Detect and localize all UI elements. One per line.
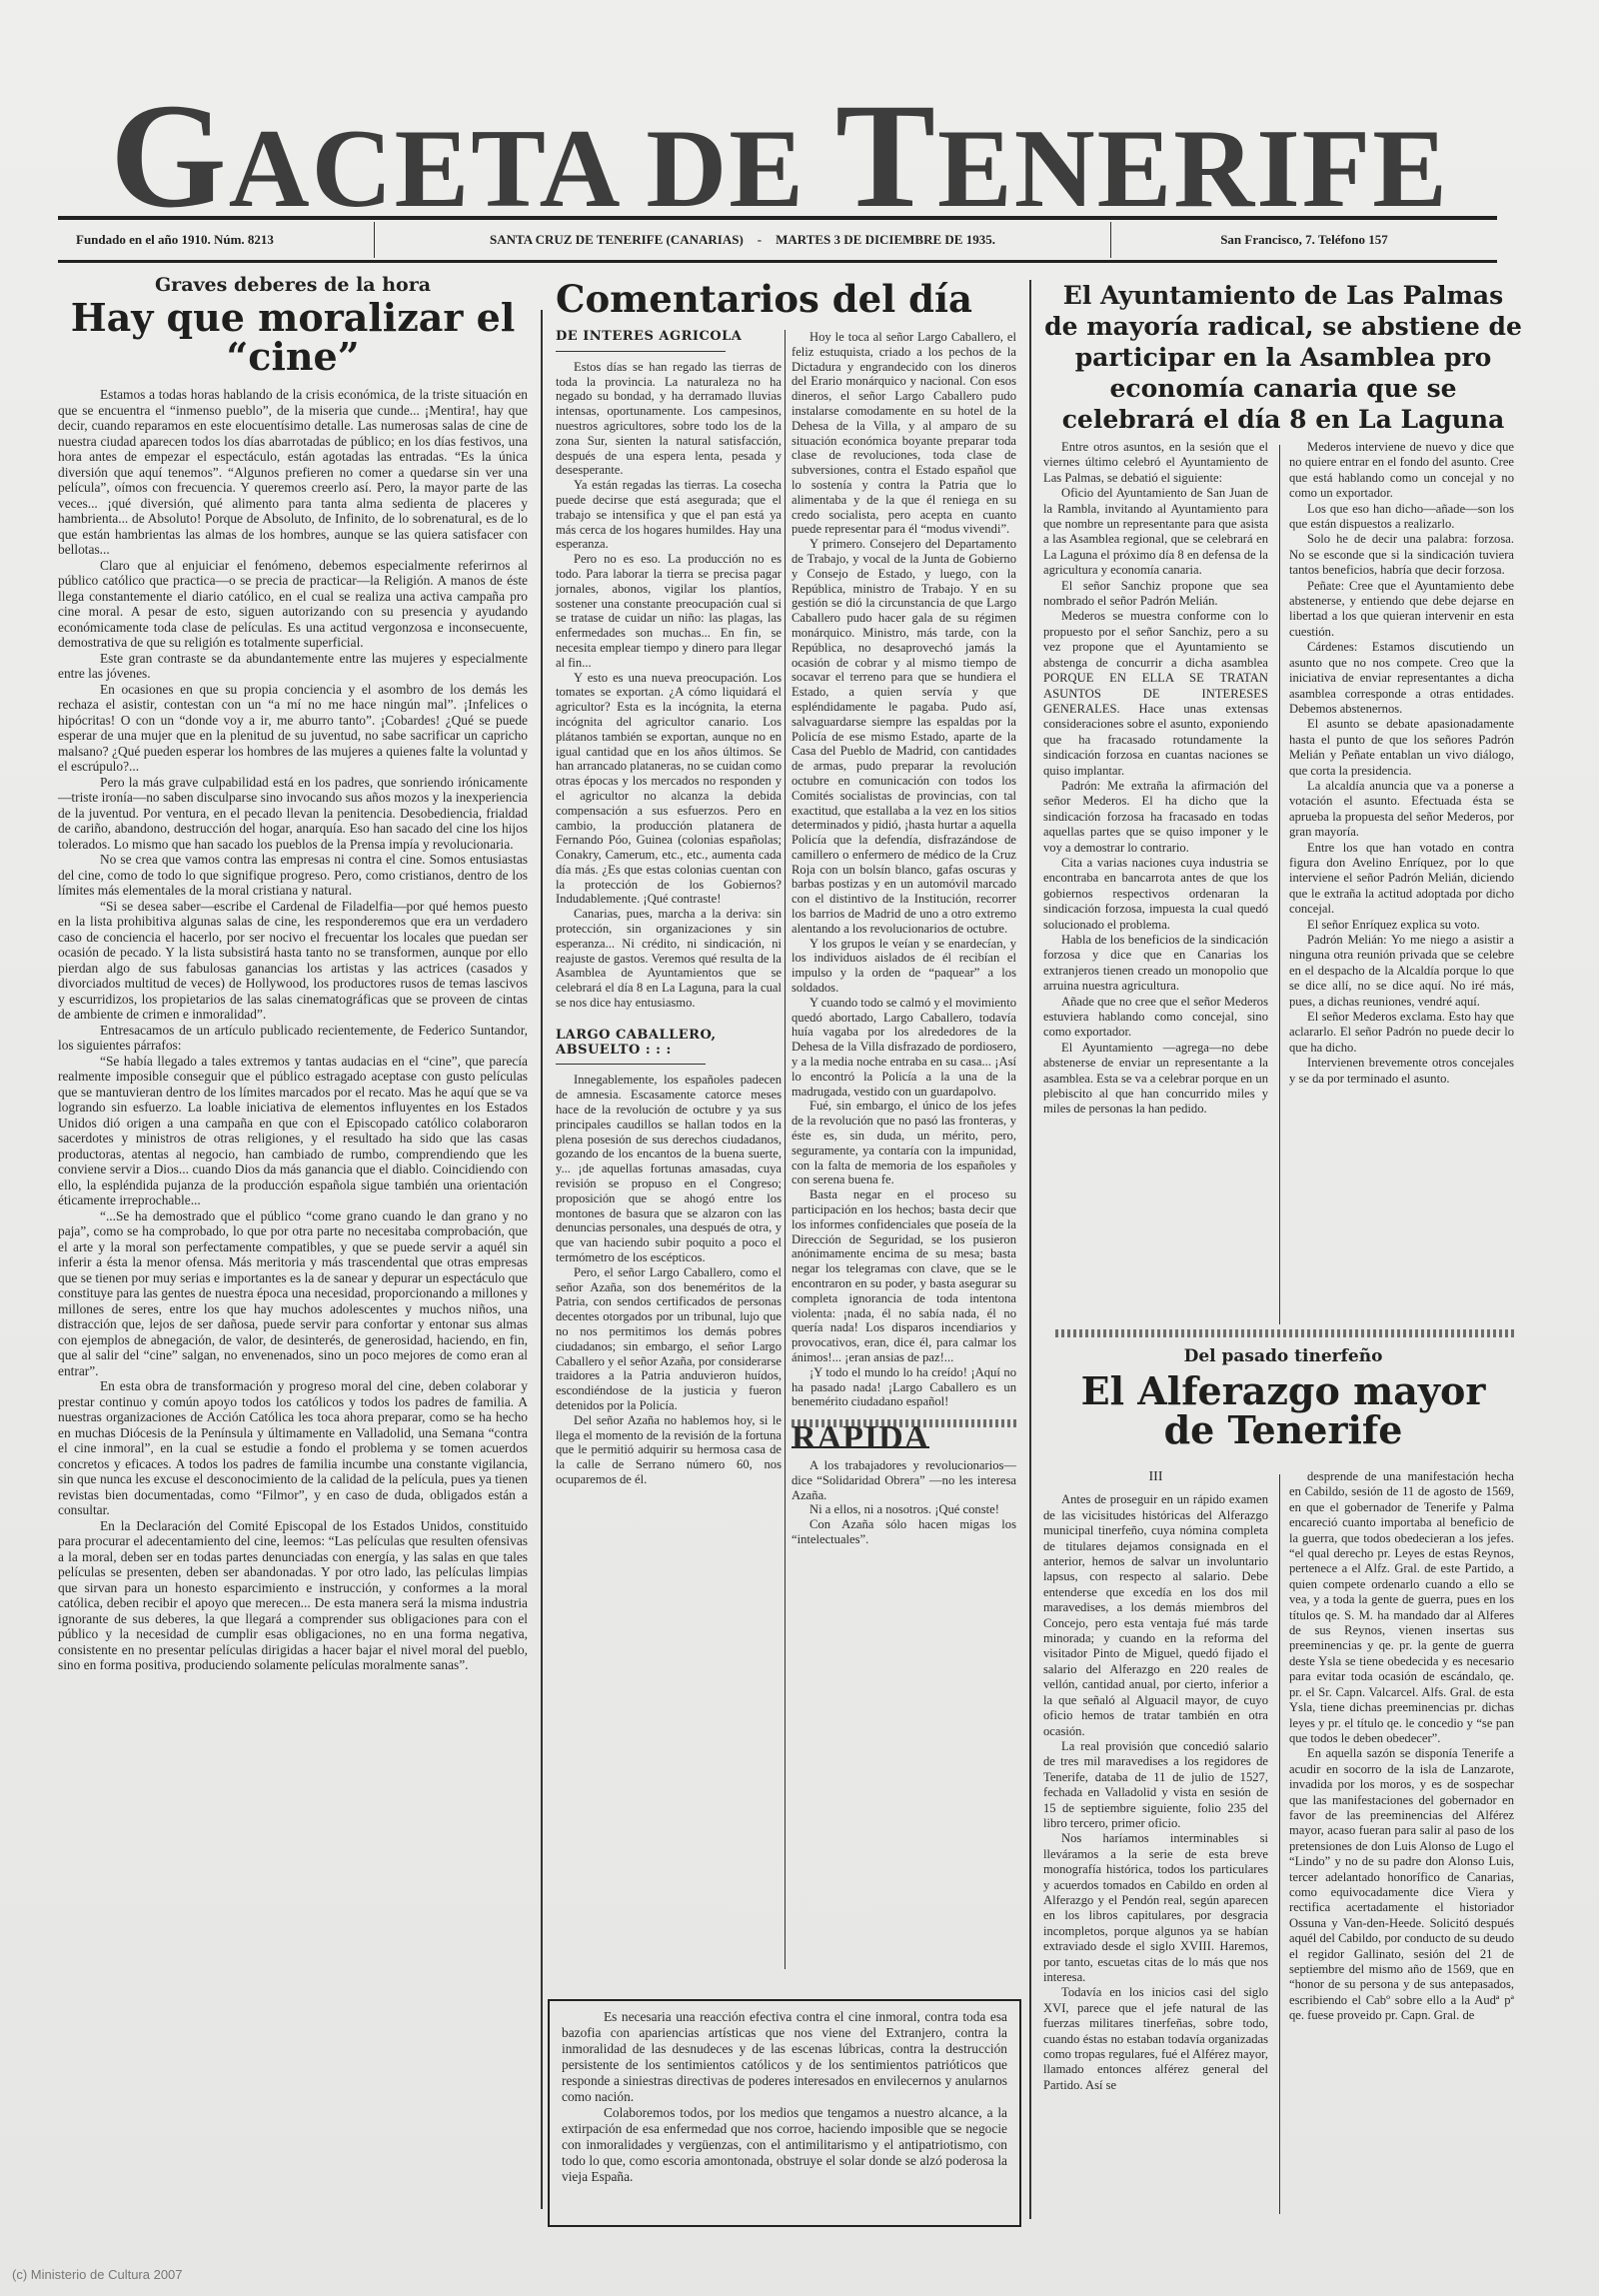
paragraph: Canarias, pues, marcha a la deriva: sin … (556, 907, 782, 1011)
paragraph: A los trabajadores y revolucionarios—dic… (792, 1458, 1016, 1502)
paragraph: Cita a varias naciones cuya industria se… (1043, 856, 1268, 933)
place: SANTA CRUZ DE TENERIFE (CANARIAS) (490, 232, 744, 248)
caballero-body-b: Hoy le toca al señor Largo Caballero, el… (792, 330, 1016, 1409)
paragraph: Estamos a todas horas hablando de la cri… (58, 387, 528, 558)
paragraph: En ocasiones en que su propia conciencia… (58, 682, 528, 775)
paragraph: “Se había llegado a tales extremos y tan… (58, 1054, 528, 1208)
comentarios-headline: Comentarios del día (556, 280, 1015, 319)
paragraph: Peñate: Cree que el Ayuntamiento debe ab… (1289, 579, 1514, 641)
paragraph: Todavía en los inicios casi del siglo XV… (1043, 1985, 1268, 2093)
comentarios-col-b: Hoy le toca al señor Largo Caballero, el… (792, 330, 1016, 1547)
paragraph: Pero, el señor Largo Caballero, como el … (556, 1265, 782, 1413)
masthead-initial-g: G (110, 73, 229, 239)
column-divider-3 (1029, 280, 1031, 2219)
founded-info: Fundado en el año 1910. Núm. 8213 (58, 222, 375, 258)
paragraph: desprende de una manifestación hecha en … (1289, 1469, 1514, 1746)
paragraph: Padrón Melián: Yo me niego a asistir a n… (1289, 933, 1514, 1010)
paragraph: Antes de proseguir en un rápido examen d… (1043, 1492, 1268, 1739)
part-number: III (1043, 1469, 1268, 1484)
ornamental-rule-2 (1055, 1329, 1515, 1337)
paragraph: Y primero. Consejero del Departamento de… (792, 537, 1016, 937)
article-alferazgo: Del pasado tinerfeño El Alferazgo mayor … (1043, 1349, 1523, 1450)
paragraph: Y los grupos le veían y se enardecían, y… (792, 937, 1016, 996)
paragraph: Es necesaria una reacción efectiva contr… (562, 2009, 1007, 2105)
caballero-subhead-2: ABSUELTO : : : (556, 1044, 782, 1059)
paragraph: No se crea que vamos contra las empresas… (58, 852, 528, 899)
boxed-note: Es necesaria una reacción efectiva contr… (548, 1999, 1021, 2227)
paragraph: En aquella sazón se disponía Tenerife a … (1289, 1746, 1514, 2023)
article-cine-body: Estamos a todas horas hablando de la cri… (58, 387, 528, 1673)
rapida-body: A los trabajadores y revolucionarios—dic… (792, 1458, 1016, 1547)
paragraph: Y cuando todo se calmó y el movimiento q… (792, 996, 1016, 1100)
column-divider-lp (1279, 445, 1280, 1324)
paragraph: Mederos se muestra conforme con lo propu… (1043, 609, 1268, 778)
paragraph: Oficio del Ayuntamiento de San Juan de l… (1043, 486, 1268, 578)
masthead-infobar: Fundado en el año 1910. Núm. 8213 SANTA … (58, 222, 1497, 258)
subhead-rule (556, 351, 726, 352)
comentarios-section: Comentarios del día (556, 280, 1015, 325)
rapida-title: RAPIDA (792, 1431, 929, 1448)
laspalmas-col-1: Entre otros asuntos, en la sesión que el… (1043, 440, 1268, 1118)
paragraph: Fué, sin embargo, el único de los jefes … (792, 1099, 1016, 1187)
paragraph: Colaboremos todos, por los medios que te… (562, 2105, 1007, 2185)
alferazgo-col-1-body: Antes de proseguir en un rápido examen d… (1043, 1492, 1268, 2093)
article-cine-kicker: Graves deberes de la hora (58, 278, 528, 294)
paragraph: Añade que no cree que el señor Mederos e… (1043, 995, 1268, 1041)
subhead-rule-2 (556, 1064, 706, 1065)
caballero-subhead-1: LARGO CABALLERO, (556, 1029, 782, 1044)
agricola-body: Estos días se han regado las tierras de … (556, 360, 782, 1011)
copyright-credit: (c) Ministerio de Cultura 2007 (12, 2267, 183, 2282)
boxed-note-body: Es necesaria una reacción efectiva contr… (562, 2009, 1007, 2185)
paragraph: Estos días se han regado las tierras de … (556, 360, 782, 478)
paragraph: El asunto se debate apasionadamente hast… (1289, 717, 1514, 779)
paragraph: Entresacamos de un artículo publicado re… (58, 1023, 528, 1054)
paragraph: Con Azaña sólo hacen migas los “intelect… (792, 1517, 1016, 1547)
paragraph: Ya están regadas las tierras. La cosecha… (556, 478, 782, 552)
paragraph: Pero no es eso. La producción no es todo… (556, 552, 782, 670)
article-laspalmas: El Ayuntamiento de Las Palmas de mayoría… (1043, 280, 1523, 435)
paragraph: Padrón: Me extraña la afirmación del señ… (1043, 779, 1268, 856)
laspalmas-headline: El Ayuntamiento de Las Palmas de mayoría… (1043, 280, 1523, 435)
article-cine-headline: Hay que moralizar el “cine” (58, 298, 528, 378)
masthead-rule-top (58, 216, 1497, 220)
paragraph: Innegablemente, los españoles padecen de… (556, 1073, 782, 1264)
paragraph: El señor Sanchiz propone que sea nombrad… (1043, 579, 1268, 610)
paragraph: Entre los que han votado en contra figur… (1289, 841, 1514, 918)
paragraph: Basta negar en el proceso su participaci… (792, 1187, 1016, 1365)
masthead-text-2: ENERIFE (937, 107, 1449, 231)
laspalmas-col-2: Mederos interviene de nuevo y dice que n… (1289, 440, 1514, 1087)
paragraph: Claro que al enjuiciar el fenómeno, debe… (58, 558, 528, 651)
paragraph: Hoy le toca al señor Largo Caballero, el… (792, 330, 1016, 537)
column-divider-alf (1279, 1474, 1280, 2214)
article-cine: Graves deberes de la hora Hay que morali… (58, 278, 528, 1673)
masthead-initial-t: T (835, 73, 937, 239)
paragraph: “Si se desea saber—escribe el Cardenal d… (58, 899, 528, 1023)
paragraph: Ni a ellos, ni a nosotros. ¡Qué conste! (792, 1502, 1016, 1517)
ornamental-rule (792, 1419, 1016, 1427)
paragraph: Este gran contraste se da abundantemente… (58, 651, 528, 682)
alferazgo-col-2: desprende de una manifestación hecha en … (1289, 1469, 1514, 2024)
column-divider-1 (541, 310, 543, 2209)
agricola-subhead: DE INTERES AGRICOLA (556, 330, 782, 345)
newspaper-page: GACETA DE TENERIFE Fundado en el año 191… (0, 0, 1599, 2296)
paragraph: En esta obra de transformación y progres… (58, 1378, 528, 1518)
paragraph: Del señor Azaña no hablemos hoy, si le l… (556, 1413, 782, 1487)
paragraph: Nos haríamos interminables si lleváramos… (1043, 1831, 1268, 1985)
paragraph: Pero la más grave culpabilidad está en l… (58, 775, 528, 853)
paragraph: Solo he de decir una palabra: forzosa. N… (1289, 532, 1514, 578)
place-date-info: SANTA CRUZ DE TENERIFE (CANARIAS) - MART… (375, 222, 1111, 258)
column-divider-2a (785, 330, 786, 1969)
paragraph: “...Se ha demostrado que el público “com… (58, 1208, 528, 1379)
alferazgo-kicker: Del pasado tinerfeño (1043, 1349, 1523, 1365)
caballero-body-a: Innegablemente, los españoles padecen de… (556, 1073, 782, 1486)
paragraph: La real provisión que concedió salario d… (1043, 1739, 1268, 1831)
separator: - (758, 232, 762, 248)
paragraph: ¡Y todo el mundo lo ha creído! ¡Aquí no … (792, 1365, 1016, 1409)
masthead-rule-bottom (58, 260, 1497, 263)
paragraph: Y esto es una nueva preocupación. Los to… (556, 671, 782, 908)
issue-date: MARTES 3 DE DICIEMBRE DE 1935. (776, 232, 995, 248)
paragraph: El señor Mederos exclama. Esto hay que a… (1289, 1010, 1514, 1056)
paragraph: El Ayuntamiento —agrega—no debe abstener… (1043, 1041, 1268, 1118)
paragraph: Cárdenes: Estamos discutiendo un asunto … (1289, 640, 1514, 717)
paragraph: Mederos interviene de nuevo y dice que n… (1289, 440, 1514, 502)
alferazgo-col-1: III Antes de proseguir en un rápido exam… (1043, 1469, 1268, 2093)
paragraph: El señor Enríquez explica su voto. (1289, 918, 1514, 933)
comentarios-col-a: DE INTERES AGRICOLA Estos días se han re… (556, 330, 782, 1487)
masthead-text-1: ACETA DE (229, 107, 835, 231)
paragraph: Entre otros asuntos, en la sesión que el… (1043, 440, 1268, 486)
paragraph: Habla de los beneficios de la sindicació… (1043, 933, 1268, 995)
paragraph: En la Declaración del Comité Episcopal d… (58, 1518, 528, 1673)
alferazgo-headline-2: de Tenerife (1043, 1410, 1523, 1450)
paragraph: La alcaldía anuncia que va a ponerse a v… (1289, 779, 1514, 841)
paragraph: Intervienen brevemente otros concejales … (1289, 1056, 1514, 1087)
alferazgo-headline-1: El Alferazgo mayor (1043, 1371, 1523, 1411)
paragraph: Los que eso han dicho—añade—son los que … (1289, 502, 1514, 533)
address-info: San Francisco, 7. Teléfono 157 (1111, 222, 1497, 258)
